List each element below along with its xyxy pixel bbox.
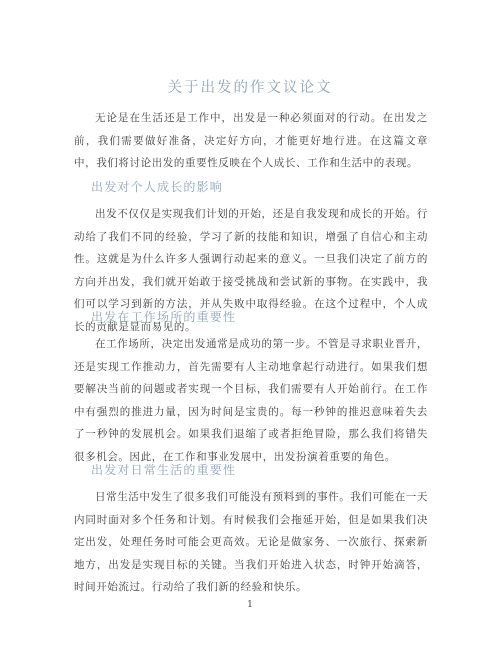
page-number: 1 xyxy=(0,600,500,610)
section-body-daily-life: 日常生活中发生了很多我们可能没有预料到的事件。我们可能在一天内同时面对多个任务和… xyxy=(74,486,428,599)
document-page: 关于出发的作文议论文 无论是在生活还是工作中，出发是一种必须面对的行动。在出发之… xyxy=(0,0,500,647)
intro-paragraph: 无论是在生活还是工作中，出发是一种必须面对的行动。在出发之前，我们需要做好准备，… xyxy=(74,107,428,175)
document-title: 关于出发的作文议论文 xyxy=(0,76,500,97)
section-heading-daily-life: 出发对日常生活的重要性 xyxy=(91,461,236,478)
section-body-workplace: 在工作场所，决定出发通常是成功的第一步。不管是寻求职业晋升，还是实现工作推动力，… xyxy=(74,333,428,468)
section-heading-workplace: 出发在工作场所的重要性 xyxy=(91,308,236,325)
section-heading-personal-growth: 出发对个人成长的影响 xyxy=(91,178,223,195)
